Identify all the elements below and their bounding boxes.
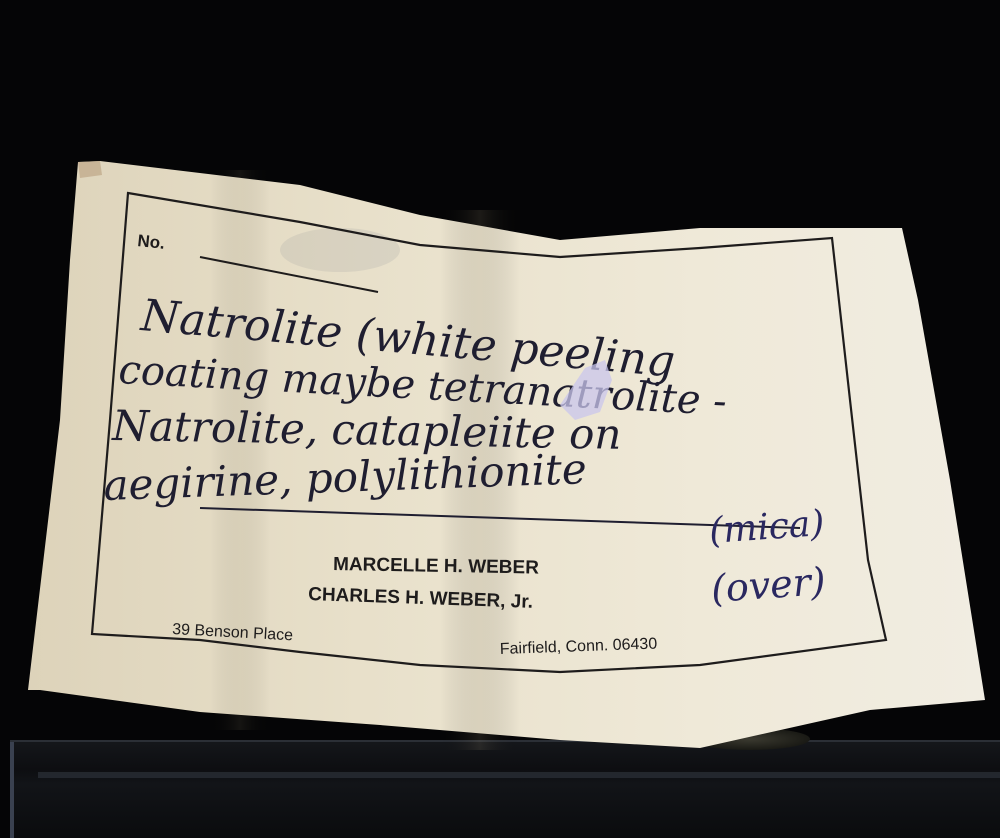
photo-scene: No. Natrolite (white peeling coating may…: [0, 0, 1000, 838]
number-field-label: No.: [137, 231, 166, 253]
handwritten-over: (over): [710, 559, 827, 611]
handwritten-mica: (mica): [708, 503, 826, 552]
specimen-label: No. Natrolite (white peeling coating may…: [0, 0, 1000, 838]
printed-name-1: MARCELLE H. WEBER: [333, 554, 539, 579]
